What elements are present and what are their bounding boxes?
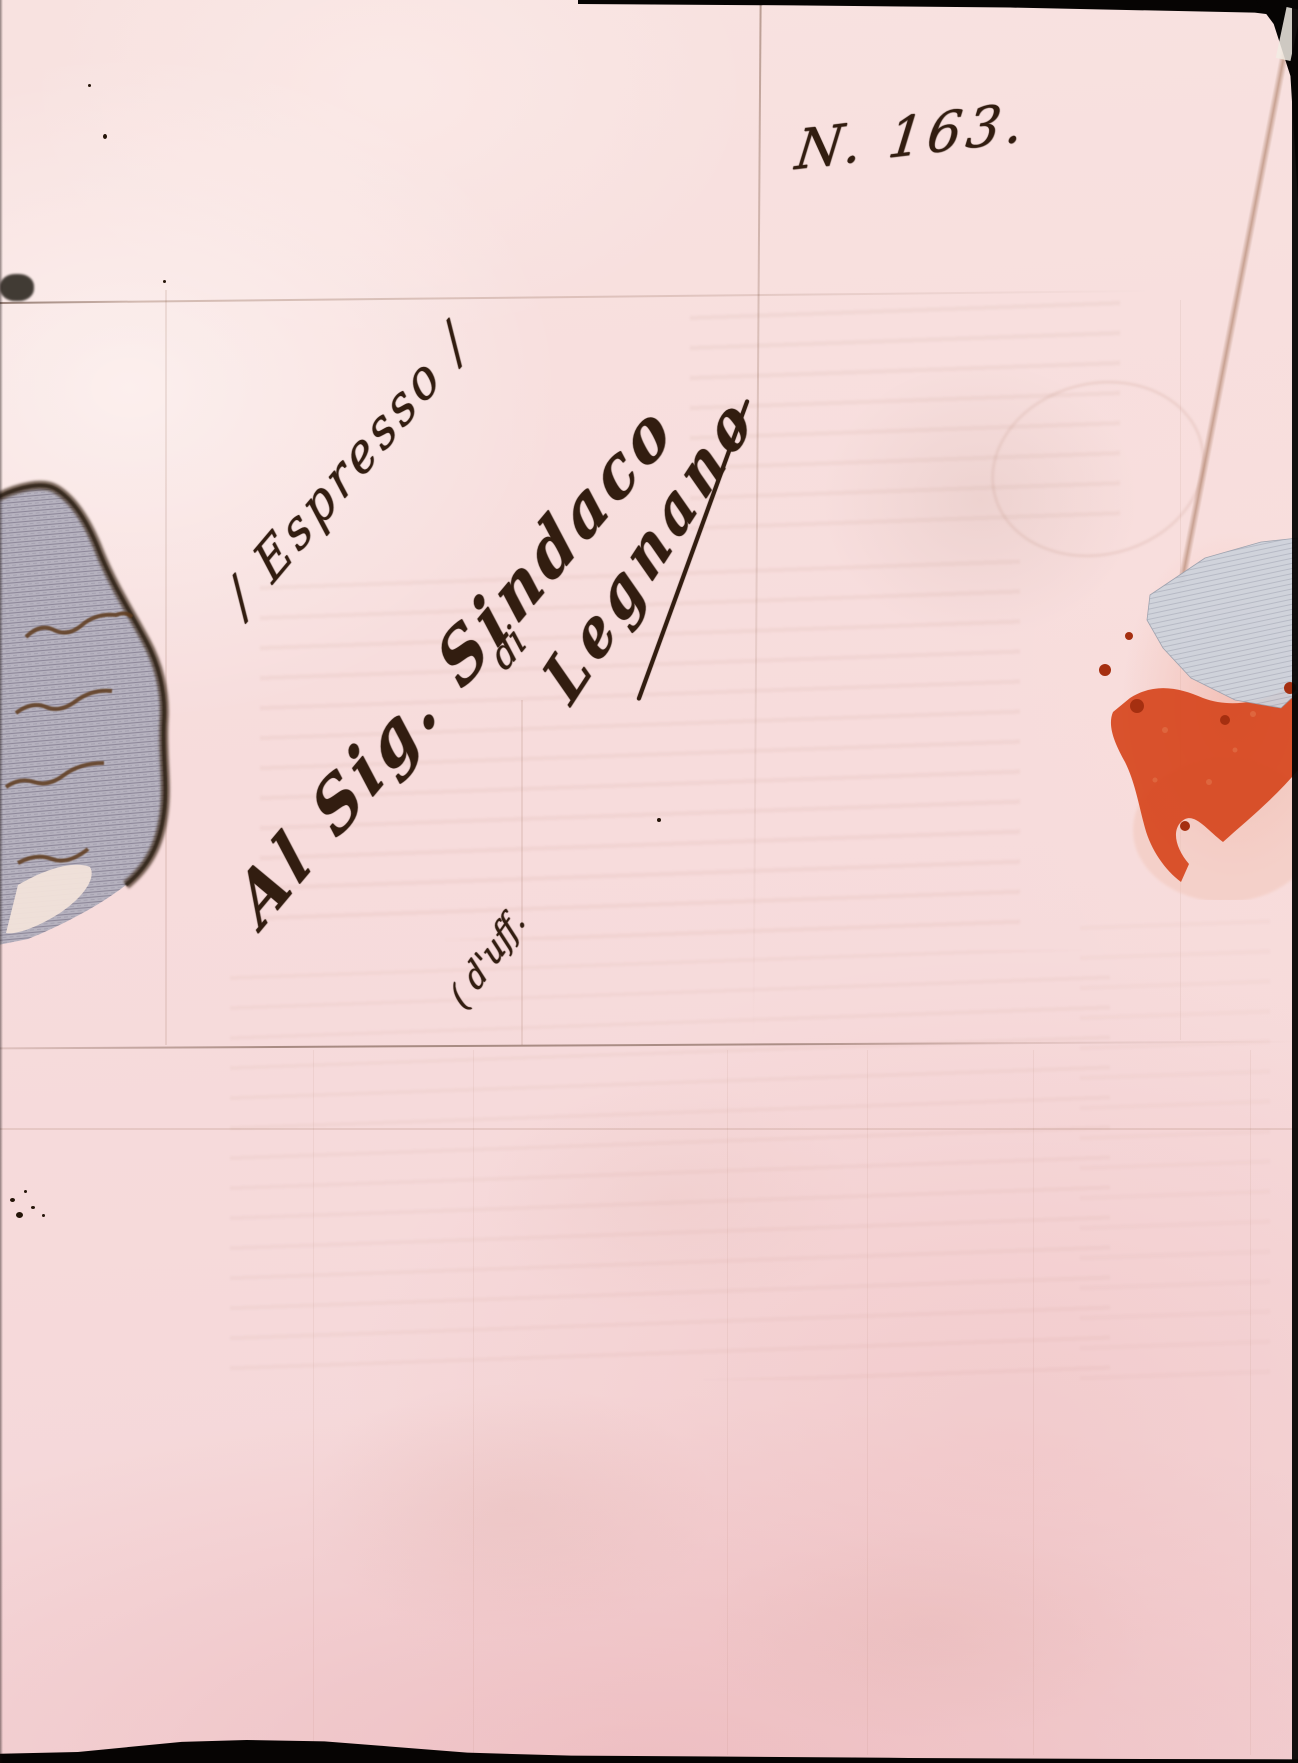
ink-speck — [103, 134, 107, 139]
ink-speck — [16, 1212, 23, 1218]
ink-speck — [42, 1214, 45, 1217]
ink-speck — [163, 280, 166, 283]
wax-seal-paper-fragment — [1147, 538, 1298, 708]
ink-speck — [88, 84, 91, 87]
scan-edge-left — [0, 0, 3, 1763]
wax-seal-remnant — [1085, 430, 1298, 900]
ink-speck — [657, 818, 661, 822]
torn-area-with-printed-fragment — [0, 415, 203, 985]
ink-speck — [31, 1206, 35, 1209]
ink-speck — [24, 1190, 27, 1193]
ink-speck — [10, 1198, 15, 1202]
document-scan: N. 163. / Espresso / Al Sig. Sindaco di … — [0, 0, 1298, 1763]
scan-edge-right — [1292, 0, 1298, 1763]
